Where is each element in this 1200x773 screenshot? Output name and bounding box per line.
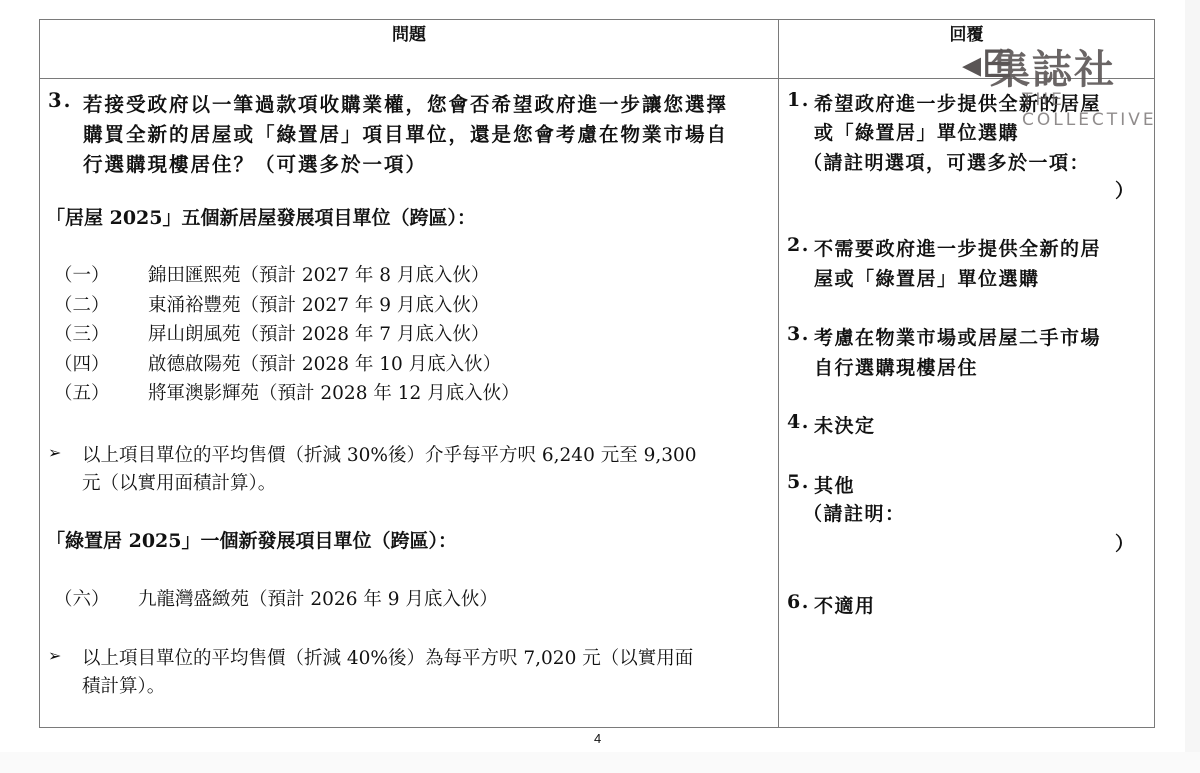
gsh-price-note-line-1: 以上項目單位的平均售價（折減 40%後）為每平方呎 7,020 元（以實用面 bbox=[82, 644, 693, 670]
hos-item-label: （二） bbox=[54, 291, 110, 317]
response-option-1-line-2[interactable]: 或「綠置居」單位選購 bbox=[814, 118, 1019, 145]
response-number: 4. bbox=[787, 411, 810, 433]
hos-item-label: （一） bbox=[54, 261, 110, 287]
hos-price-note-line-2: 元（以實用面積計算）。 bbox=[82, 469, 276, 495]
page-number: 4 bbox=[594, 731, 601, 746]
response-number: 1. bbox=[787, 89, 810, 111]
hos-section-title: 「居屋 2025」五個新居屋發展項目單位（跨區）： bbox=[46, 203, 476, 230]
hos-item-text: 錦田匯熙苑（預計 2027 年 8 月底入伙） bbox=[148, 261, 489, 287]
response-option-5-close: ） bbox=[1115, 529, 1136, 556]
response-option-5-specify[interactable]: （請註明： bbox=[803, 499, 906, 526]
questionnaire-table: 問題 回覆 3. 若接受政府以一筆過款項收購業權，您會否希望政府進一步讓您選擇 … bbox=[39, 19, 1155, 728]
response-option-1-close: ） bbox=[1115, 176, 1136, 203]
hos-item-text: 屏山朗風苑（預計 2028 年 7 月底入伙） bbox=[148, 320, 489, 346]
hos-item-label: （四） bbox=[54, 350, 110, 376]
response-option-5[interactable]: 其他 bbox=[814, 471, 855, 498]
response-option-6[interactable]: 不適用 bbox=[814, 591, 876, 618]
gsh-item-text: 九龍灣盛緻苑（預計 2026 年 9 月底入伙） bbox=[138, 585, 498, 611]
question-number: 3. bbox=[48, 89, 72, 112]
response-number: 6. bbox=[787, 591, 810, 613]
page-bottom-strip bbox=[0, 752, 1200, 773]
response-option-2-line-2[interactable]: 屋或「綠置居」單位選購 bbox=[814, 264, 1040, 291]
gsh-section-title: 「綠置居 2025」一個新發展項目單位（跨區）： bbox=[46, 526, 457, 553]
hos-price-note-line-1: 以上項目單位的平均售價（折減 30%後）介乎每平方呎 6,240 元至 9,30… bbox=[82, 441, 697, 467]
logo-english-text: THE COLLECTIVE bbox=[1022, 90, 1157, 130]
hos-item-text: 啟德啟陽苑（預計 2028 年 10 月底入伙） bbox=[148, 350, 501, 376]
question-cell: 3. 若接受政府以一筆過款項收購業權，您會否希望政府進一步讓您選擇 購買全新的居… bbox=[40, 79, 779, 728]
response-number: 2. bbox=[787, 234, 810, 256]
response-option-3-line-2[interactable]: 自行選購現樓居住 bbox=[814, 353, 978, 380]
response-option-1-specify[interactable]: （請註明選項，可選多於一項： bbox=[803, 148, 1090, 175]
question-line-3: 行選購現樓居住？（可選多於一項） bbox=[83, 149, 427, 177]
response-option-3-line-1[interactable]: 考慮在物業市場或居屋二手市場 bbox=[814, 323, 1101, 350]
bullet-arrow-icon: ➢ bbox=[48, 646, 61, 665]
response-number: 3. bbox=[787, 323, 810, 345]
gsh-price-note-line-2: 積計算）。 bbox=[82, 672, 165, 698]
hos-item-text: 將軍澳影輝苑（預計 2028 年 12 月底入伙） bbox=[148, 379, 520, 405]
response-option-4[interactable]: 未決定 bbox=[814, 411, 876, 438]
response-cell: 1. 希望政府進一步提供全新的居屋 或「綠置居」單位選購 （請註明選項，可選多於… bbox=[779, 79, 1155, 728]
bullet-arrow-icon: ➢ bbox=[48, 443, 61, 462]
question-line-1: 若接受政府以一筆過款項收購業權，您會否希望政府進一步讓您選擇 bbox=[83, 89, 728, 117]
response-number: 5. bbox=[787, 471, 810, 493]
hos-item-text: 東涌裕豐苑（預計 2027 年 9 月底入伙） bbox=[148, 291, 489, 317]
question-row: 3. 若接受政府以一筆過款項收購業權，您會否希望政府進一步讓您選擇 購買全新的居… bbox=[40, 79, 1155, 728]
header-question: 問題 bbox=[40, 20, 779, 79]
gsh-item-label: （六） bbox=[54, 585, 110, 611]
hos-item-label: （五） bbox=[54, 379, 110, 405]
question-line-2: 購買全新的居屋或「綠置居」項目單位，還是您會考慮在物業市場自 bbox=[83, 119, 728, 147]
watermark-logo: ◂⋿ 集誌社 THE COLLECTIVE bbox=[962, 38, 1152, 110]
response-option-2-line-1[interactable]: 不需要政府進一步提供全新的居 bbox=[814, 234, 1101, 261]
logo-chinese-text: 集誌社 bbox=[990, 38, 1116, 95]
page-margin-strip bbox=[1185, 0, 1200, 773]
hos-item-label: （三） bbox=[54, 320, 110, 346]
